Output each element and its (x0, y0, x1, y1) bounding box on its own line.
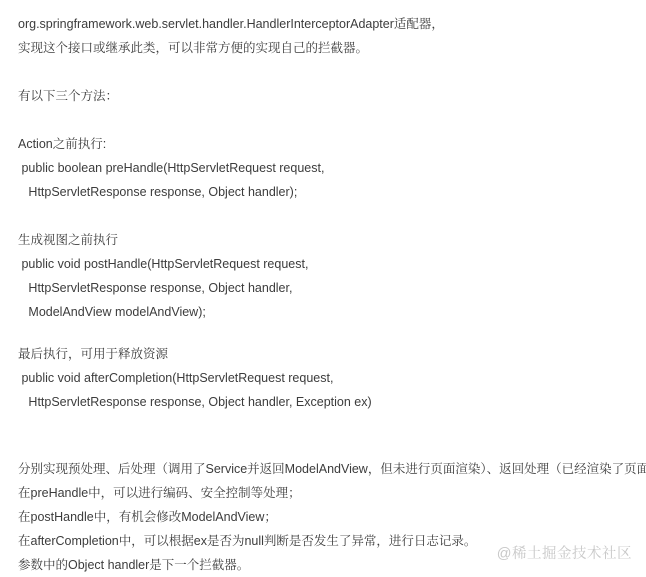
paragraph: Action之前执行: public boolean preHandle(Htt… (18, 132, 646, 204)
text-line: 实现这个接口或继承此类，可以非常方便的实现自己的拦截器。 (18, 36, 646, 60)
text-line: 有以下三个方法： (18, 84, 646, 108)
text-line: 分别实现预处理、后处理（调用了Service并返回ModelAndView，但未… (18, 457, 646, 481)
text-line: HttpServletResponse response, Object han… (18, 180, 646, 204)
text-line: Action之前执行: (18, 132, 646, 156)
juejin-watermark: @稀土掘金技术社区 (497, 542, 632, 563)
paragraph: 有以下三个方法： (18, 84, 646, 108)
text-line: public boolean preHandle(HttpServletRequ… (18, 156, 646, 180)
text-line: org.springframework.web.servlet.handler.… (18, 12, 646, 36)
paragraph: 最后执行，可用于释放资源 public void afterCompletion… (18, 342, 646, 414)
text-line: 在postHandle中，有机会修改ModelAndView； (18, 505, 646, 529)
text-line: public void afterCompletion(HttpServletR… (18, 366, 646, 390)
text-line: public void postHandle(HttpServletReques… (18, 252, 646, 276)
text-line: ModelAndView modelAndView); (18, 300, 646, 324)
text-line: HttpServletResponse response, Object han… (18, 276, 646, 300)
document-body: org.springframework.web.servlet.handler.… (18, 12, 646, 577)
document-page: org.springframework.web.servlet.handler.… (0, 0, 646, 577)
text-line: 在preHandle中，可以进行编码、安全控制等处理； (18, 481, 646, 505)
text-line: 生成视图之前执行 (18, 228, 646, 252)
paragraph: 生成视图之前执行 public void postHandle(HttpServ… (18, 228, 646, 324)
paragraph: org.springframework.web.servlet.handler.… (18, 12, 646, 60)
text-line: HttpServletResponse response, Object han… (18, 390, 646, 414)
text-line: 最后执行，可用于释放资源 (18, 342, 646, 366)
